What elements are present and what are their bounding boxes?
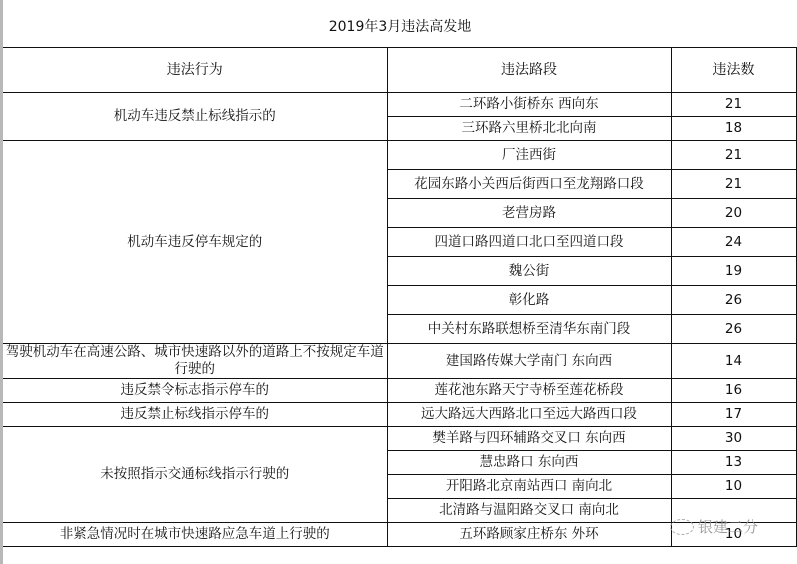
location-cell: 五环路顾家庄桥东 外环 (387, 523, 671, 547)
count-cell: 30 (671, 427, 796, 451)
header-count: 违法数 (671, 48, 796, 93)
count-cell: 26 (671, 286, 796, 315)
location-cell: 北清路与温阳路交叉口 南向北 (387, 499, 671, 523)
count-cell (671, 499, 796, 523)
location-cell: 樊羊路与四环辅路交叉口 东向西 (387, 427, 671, 451)
location-cell: 建国路传媒大学南门 东向西 (387, 344, 671, 379)
table-row: 违反禁止标线指示停车的 远大路远大西路北口至远大路西口段 17 (3, 403, 796, 427)
count-cell: 26 (671, 315, 796, 344)
header-location: 违法路段 (387, 48, 671, 93)
location-cell: 远大路远大西路北口至远大路西口段 (387, 403, 671, 427)
count-cell: 10 (671, 523, 796, 547)
location-cell: 魏公街 (387, 257, 671, 286)
behavior-cell: 非紧急情况时在城市快速路应急车道上行驶的 (3, 523, 387, 547)
behavior-cell: 未按照指示交通标线指示行驶的 (3, 427, 387, 523)
count-cell: 19 (671, 257, 796, 286)
location-cell: 二环路小街桥东 西向东 (387, 93, 671, 117)
table-row: 未按照指示交通标线指示行驶的 樊羊路与四环辅路交叉口 东向西 30 (3, 427, 796, 451)
location-cell: 中关村东路联想桥至清华东南门段 (387, 315, 671, 344)
location-cell: 莲花池东路天宁寺桥至莲花桥段 (387, 379, 671, 403)
count-cell: 17 (671, 403, 796, 427)
count-cell: 21 (671, 93, 796, 117)
count-cell: 21 (671, 141, 796, 170)
table-title: 2019年3月违法高发地 (3, 0, 797, 48)
violations-table: 违法行为 违法路段 违法数 机动车违反禁止标线指示的 二环路小街桥东 西向东 2… (3, 47, 797, 547)
count-cell: 20 (671, 199, 796, 228)
behavior-cell: 违反禁令标志指示停车的 (3, 379, 387, 403)
count-cell: 24 (671, 228, 796, 257)
count-cell: 14 (671, 344, 796, 379)
location-cell: 慧忠路口 东向西 (387, 451, 671, 475)
location-cell: 老营房路 (387, 199, 671, 228)
location-cell: 三环路六里桥北北向南 (387, 117, 671, 141)
behavior-cell: 机动车违反禁止标线指示的 (3, 93, 387, 141)
location-cell: 彰化路 (387, 286, 671, 315)
location-cell: 花园东路小关西后街西口至龙翔路口段 (387, 170, 671, 199)
behavior-cell: 违反禁止标线指示停车的 (3, 403, 387, 427)
table-row: 驾驶机动车在高速公路、城市快速路以外的道路上不按规定车道行驶的 建国路传媒大学南… (3, 344, 796, 379)
behavior-cell: 机动车违反停车规定的 (3, 141, 387, 344)
header-behavior: 违法行为 (3, 48, 387, 93)
table-row: 违反禁令标志指示停车的 莲花池东路天宁寺桥至莲花桥段 16 (3, 379, 796, 403)
table-row: 机动车违反停车规定的 厂洼西街 21 (3, 141, 796, 170)
count-cell: 13 (671, 451, 796, 475)
location-cell: 四道口路四道口北口至四道口段 (387, 228, 671, 257)
table-row: 非紧急情况时在城市快速路应急车道上行驶的 五环路顾家庄桥东 外环 10 (3, 523, 796, 547)
count-cell: 16 (671, 379, 796, 403)
count-cell: 18 (671, 117, 796, 141)
count-cell: 21 (671, 170, 796, 199)
location-cell: 开阳路北京南站西口 南向北 (387, 475, 671, 499)
behavior-cell: 驾驶机动车在高速公路、城市快速路以外的道路上不按规定车道行驶的 (3, 344, 387, 379)
location-cell: 厂洼西街 (387, 141, 671, 170)
table-row: 机动车违反禁止标线指示的 二环路小街桥东 西向东 21 (3, 93, 796, 117)
count-cell: 10 (671, 475, 796, 499)
